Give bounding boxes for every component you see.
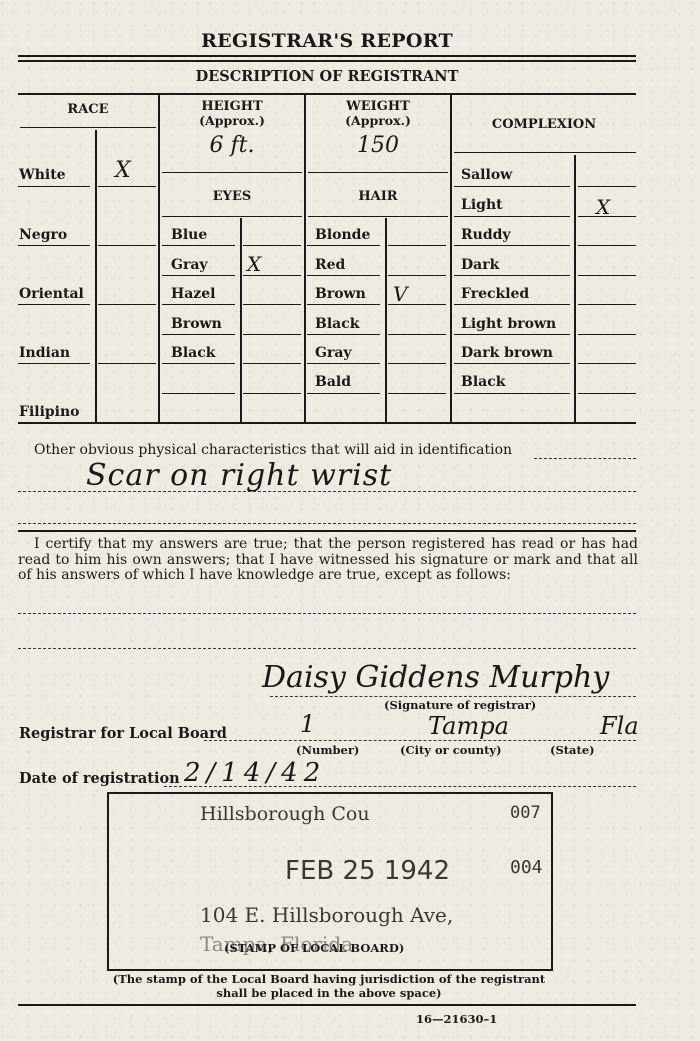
complexion-label-light-brown: Light brown [461,316,556,332]
divider [388,334,446,335]
registrar-signature[interactable]: Daisy Giddens Murphy [262,660,609,695]
local-board-label: Registrar for Local Board [19,725,227,742]
divider [98,363,156,364]
complexion-label-black: Black [461,374,505,390]
divider [308,216,448,217]
divider [307,363,380,364]
stamp-code-2: 004 [510,857,543,878]
field-line [18,648,636,649]
stamp-code-1: 007 [510,803,541,823]
divider [454,275,570,276]
field-line [204,740,636,741]
eyes-mark-gray[interactable]: X [247,252,261,276]
complexion-label-light: Light [461,197,503,213]
complexion-header: COMPLEXION [452,118,636,131]
hair-label-black: Black [315,316,359,332]
divider [243,275,301,276]
divider [240,218,242,422]
complexion-label-ruddy: Ruddy [461,227,511,243]
divider [18,245,90,246]
divider [98,186,156,187]
divider [20,127,156,128]
divider [574,155,576,422]
registration-date-value[interactable]: 2/14/42 [184,758,326,788]
form-number: 16—21630–1 [416,1012,497,1026]
document-title: REGISTRAR'S REPORT [0,30,654,52]
title-double-rule [18,55,636,62]
divider [307,334,380,335]
divider [578,304,636,305]
table-bottom-rule [18,422,636,424]
eyes-label-brown: Brown [171,316,222,332]
bottom-rule [18,1004,636,1006]
race-header: RACE [18,103,158,116]
divider [243,304,301,305]
divider [578,216,636,217]
field-line [18,523,636,524]
divider [162,363,235,364]
height-value[interactable]: 6 ft. [160,133,304,158]
divider [98,304,156,305]
field-line [270,696,636,697]
weight-header: WEIGHT [306,100,450,113]
race-label-oriental: Oriental [19,286,84,302]
section-title: DESCRIPTION OF REGISTRANT [0,68,654,85]
eyes-label-black: Black [171,345,215,361]
divider [388,304,446,305]
divider [18,304,90,305]
number-caption: (Number) [296,743,359,757]
eyes-label-hazel: Hazel [171,286,215,302]
divider [578,334,636,335]
stamp-address-1: 104 E. Hillsborough Ave, [200,903,453,927]
divider [578,186,636,187]
race-mark-white[interactable]: X [115,158,131,183]
race-label-negro: Negro [19,227,67,243]
divider [95,130,97,422]
certification-text: I certify that my answers are true; that… [18,537,638,584]
divider [18,363,90,364]
divider [578,245,636,246]
local-board-state[interactable]: Fla [600,712,639,740]
field-line [18,613,636,614]
divider [162,334,235,335]
divider [243,363,301,364]
race-label-white: White [19,167,66,183]
divider [388,275,446,276]
divider [162,393,235,394]
divider [454,363,570,364]
field-line [18,491,636,492]
divider [18,186,90,187]
eyes-header: EYES [160,190,304,203]
divider [98,245,156,246]
divider [162,172,302,173]
signature-caption: (Signature of registrar) [384,698,536,712]
divider [388,245,446,246]
divider [243,393,301,394]
hair-label-bald: Bald [315,374,351,390]
eyes-label-gray: Gray [171,257,208,273]
divider [454,393,570,394]
stamp-caption: (STAMP OF LOCAL BOARD) [224,941,404,955]
hair-label-red: Red [315,257,345,273]
divider [454,304,570,305]
race-label-indian: Indian [19,345,70,361]
divider [578,275,636,276]
divider [243,334,301,335]
hair-label-gray: Gray [315,345,352,361]
divider [308,172,448,173]
hair-mark-brown[interactable]: V [393,282,407,306]
divider [454,245,570,246]
characteristics-prompt: Other obvious physical characteristics t… [34,443,512,459]
complexion-label-dark-brown: Dark brown [461,345,553,361]
divider [454,334,570,335]
stamp-date: FEB 25 1942 [285,856,450,886]
divider [578,393,636,394]
table-top-rule [18,93,636,95]
registration-date-label: Date of registration [19,770,180,787]
local-board-city[interactable]: Tampa [428,712,509,740]
weight-approx-label: (Approx.) [306,114,450,127]
divider [307,304,380,305]
section-rule [18,530,636,532]
divider [578,363,636,364]
hair-header: HAIR [306,190,450,203]
weight-value[interactable]: 150 [306,133,450,158]
state-caption: (State) [550,743,595,757]
divider [385,218,387,422]
divider [162,275,235,276]
stamp-note: (The stamp of the Local Board having jur… [104,972,554,1000]
divider [450,94,452,422]
local-board-number[interactable]: 1 [300,710,315,738]
divider [454,216,570,217]
hair-label-blonde: Blonde [315,227,370,243]
divider [388,363,446,364]
city-caption: (City or county) [400,743,502,757]
height-header: HEIGHT [160,100,304,113]
divider [162,216,302,217]
height-approx-label: (Approx.) [160,114,304,127]
complexion-label-dark: Dark [461,257,499,273]
divider [307,393,380,394]
divider [388,393,446,394]
race-label-filipino: Filipino [19,404,80,420]
hair-label-brown: Brown [315,286,366,302]
characteristics-value[interactable]: Scar on right wrist [86,458,392,493]
divider [307,245,380,246]
divider [307,275,380,276]
divider [454,186,570,187]
field-line [534,458,636,459]
divider [243,245,301,246]
divider [162,304,235,305]
complexion-label-freckled: Freckled [461,286,529,302]
divider [162,245,235,246]
divider [454,152,636,153]
complexion-label-sallow: Sallow [461,167,512,183]
eyes-label-blue: Blue [171,227,207,243]
stamp-county: Hillsborough Cou [200,803,370,825]
